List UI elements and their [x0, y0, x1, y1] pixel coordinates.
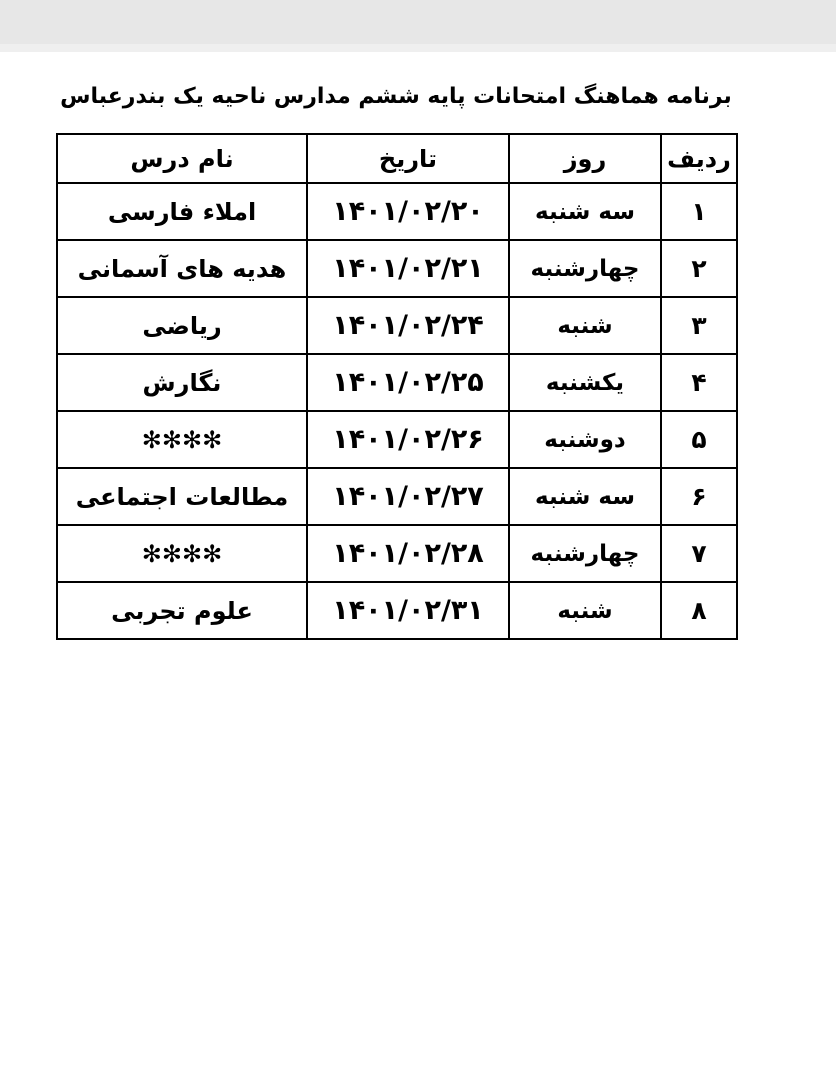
cell-subject: هدیه های آسمانی — [57, 240, 307, 297]
cell-subject: نگارش — [57, 354, 307, 411]
cell-day: چهارشنبه — [509, 240, 661, 297]
cell-date: ۱۴۰۱/۰۲/۲۸ — [307, 525, 509, 582]
cell-date: ۱۴۰۱/۰۲/۲۷ — [307, 468, 509, 525]
cell-day: دوشنبه — [509, 411, 661, 468]
header-row: ردیف روز تاریخ نام درس — [57, 134, 737, 183]
table-row: ۳شنبه۱۴۰۱/۰۲/۲۴ریاضی — [57, 297, 737, 354]
cell-row_no: ۸ — [661, 582, 737, 639]
cell-row_no: ۷ — [661, 525, 737, 582]
table-row: ۴یکشنبه۱۴۰۱/۰۲/۲۵نگارش — [57, 354, 737, 411]
column-header-date: تاریخ — [307, 134, 509, 183]
cell-subject: مطالعات اجتماعی — [57, 468, 307, 525]
table-row: ۲چهارشنبه۱۴۰۱/۰۲/۲۱هدیه های آسمانی — [57, 240, 737, 297]
column-header-day: روز — [509, 134, 661, 183]
column-header-subject: نام درس — [57, 134, 307, 183]
cell-day: شنبه — [509, 297, 661, 354]
cell-subject: ✻✻✻✻ — [57, 411, 307, 468]
cell-subject: ریاضی — [57, 297, 307, 354]
cell-date: ۱۴۰۱/۰۲/۲۴ — [307, 297, 509, 354]
column-header-row-number: ردیف — [661, 134, 737, 183]
cell-row_no: ۶ — [661, 468, 737, 525]
cell-date: ۱۴۰۱/۰۲/۲۶ — [307, 411, 509, 468]
cell-row_no: ۴ — [661, 354, 737, 411]
cell-day: شنبه — [509, 582, 661, 639]
table-row: ۵دوشنبه۱۴۰۱/۰۲/۲۶✻✻✻✻ — [57, 411, 737, 468]
top-gray-band — [0, 0, 836, 44]
cell-day: چهارشنبه — [509, 525, 661, 582]
table-row: ۷چهارشنبه۱۴۰۱/۰۲/۲۸✻✻✻✻ — [57, 525, 737, 582]
cell-day: سه شنبه — [509, 183, 661, 240]
cell-row_no: ۱ — [661, 183, 737, 240]
cell-date: ۱۴۰۱/۰۲/۲۵ — [307, 354, 509, 411]
table-row: ۱سه شنبه۱۴۰۱/۰۲/۲۰املاء فارسی — [57, 183, 737, 240]
cell-subject: ✻✻✻✻ — [57, 525, 307, 582]
table-row: ۸شنبه۱۴۰۱/۰۲/۳۱علوم تجربی — [57, 582, 737, 639]
cell-row_no: ۳ — [661, 297, 737, 354]
cell-day: سه شنبه — [509, 468, 661, 525]
page-title: برنامه هماهنگ امتحانات پایه ششم مدارس نا… — [56, 84, 736, 109]
cell-subject: املاء فارسی — [57, 183, 307, 240]
cell-subject: علوم تجربی — [57, 582, 307, 639]
cell-day: یکشنبه — [509, 354, 661, 411]
cell-date: ۱۴۰۱/۰۲/۲۱ — [307, 240, 509, 297]
cell-date: ۱۴۰۱/۰۲/۳۱ — [307, 582, 509, 639]
cell-row_no: ۲ — [661, 240, 737, 297]
exam-schedule-table: ردیف روز تاریخ نام درس ۱سه شنبه۱۴۰۱/۰۲/۲… — [56, 133, 738, 640]
top-gray-band-edge — [0, 44, 836, 52]
cell-row_no: ۵ — [661, 411, 737, 468]
cell-date: ۱۴۰۱/۰۲/۲۰ — [307, 183, 509, 240]
table-row: ۶سه شنبه۱۴۰۱/۰۲/۲۷مطالعات اجتماعی — [57, 468, 737, 525]
scanned-document-page: { "page": { "top_band_color": "#e7e7e7",… — [0, 0, 836, 1080]
